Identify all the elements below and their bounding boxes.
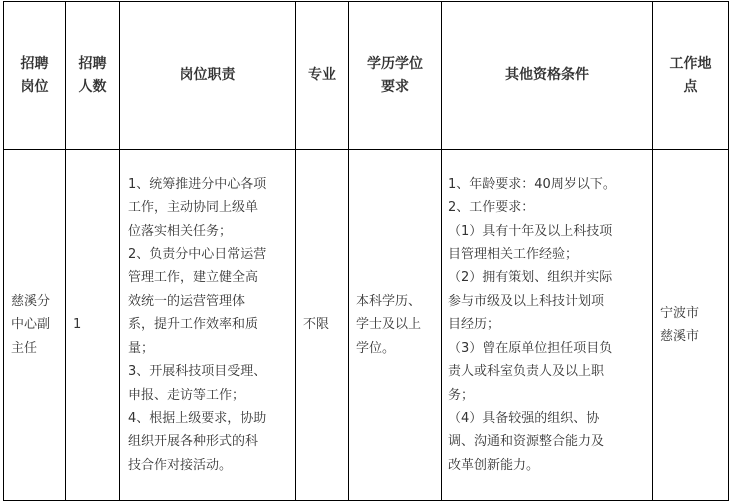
text-line: 人数 [66, 76, 119, 99]
count-value: 1 [73, 317, 81, 332]
header-location: 工作地点 [653, 2, 729, 150]
text-line: 改革创新能力。 [448, 454, 646, 477]
text-line: （3）曾在原单位担任项目负 [448, 337, 646, 360]
text-line: 管理工作，建立健全高 [128, 266, 287, 289]
text-line: 效统一的运营管理体 [128, 290, 287, 313]
text-line: （1）具有十年及以上科技项 [448, 220, 646, 243]
text-line: 2、工作要求： [448, 196, 646, 219]
text-line: 目管理相关工作经验； [448, 243, 646, 266]
header-duties: 岗位职责 [120, 2, 296, 150]
text-line: 量； [128, 337, 287, 360]
header-row: 招聘岗位 招聘人数 岗位职责 专业 学历学位要求 其他资格条件 工作地点 [4, 2, 729, 150]
table-row: 慈溪分中心副主任 1 1、统筹推进分中心各项工作，主动协同上级单位落实相关任务；… [4, 150, 729, 501]
text-line: （4）具备较强的组织、协 [448, 407, 646, 430]
text-line: 3、开展科技项目受理、 [128, 360, 287, 383]
text-line: 参与市级及以上科技计划项 [448, 290, 646, 313]
header-major: 专业 [296, 2, 349, 150]
text-line: 慈溪市 [660, 325, 728, 348]
cell-major: 不限 [296, 150, 349, 501]
text-line: 务； [448, 384, 646, 407]
text-line: 1、年龄要求：40周岁以下。 [448, 173, 646, 196]
text-line: 4、根据上级要求，协助 [128, 407, 287, 430]
cell-count: 1 [66, 150, 120, 501]
text-line: 岗位 [4, 76, 65, 99]
text-line: 位落实相关任务； [128, 220, 287, 243]
cell-other-requirements: 1、年龄要求：40周岁以下。2、工作要求：（1）具有十年及以上科技项目管理相关工… [442, 150, 653, 501]
text-line: 1、统筹推进分中心各项 [128, 173, 287, 196]
text-line: 组织开展各种形式的科 [128, 430, 287, 453]
cell-education: 本科学历、学士及以上学位。 [349, 150, 442, 501]
text-line: 中心副 [11, 313, 65, 336]
header-other-requirements: 其他资格条件 [442, 2, 653, 150]
text-line: 目经历； [448, 313, 646, 336]
text-line: 学历学位 [349, 53, 441, 76]
text-line: 工作地 [653, 53, 728, 76]
text-line: 招聘 [4, 53, 65, 76]
text-line: 责人或科室负责人及以上职 [448, 360, 646, 383]
text-line: 点 [653, 76, 728, 99]
text-line: 工作，主动协同上级单 [128, 196, 287, 219]
header-position: 招聘岗位 [4, 2, 66, 150]
text-line: 系，提升工作效率和质 [128, 313, 287, 336]
text-line: 岗位职责 [120, 64, 295, 87]
text-line: 主任 [11, 337, 65, 360]
text-line: 2、负责分中心日常运营 [128, 243, 287, 266]
text-line: 其他资格条件 [442, 64, 652, 87]
text-line: 本科学历、 [356, 290, 441, 313]
text-line: （2）拥有策划、组织并实际 [448, 266, 646, 289]
header-count: 招聘人数 [66, 2, 120, 150]
header-education: 学历学位要求 [349, 2, 442, 150]
recruitment-table: 招聘岗位 招聘人数 岗位职责 专业 学历学位要求 其他资格条件 工作地点 慈溪分… [3, 1, 729, 501]
cell-location: 宁波市慈溪市 [653, 150, 729, 501]
text-line: 宁波市 [660, 302, 728, 325]
text-line: 招聘 [66, 53, 119, 76]
text-line: 申报、走访等工作； [128, 384, 287, 407]
text-line: 学士及以上 [356, 313, 441, 336]
text-line: 技合作对接活动。 [128, 454, 287, 477]
cell-duties: 1、统筹推进分中心各项工作，主动协同上级单位落实相关任务；2、负责分中心日常运营… [120, 150, 296, 501]
major-value: 不限 [303, 317, 329, 332]
text-line: 专业 [296, 64, 348, 87]
text-line: 调、沟通和资源整合能力及 [448, 430, 646, 453]
text-line: 学位。 [356, 337, 441, 360]
cell-position: 慈溪分中心副主任 [4, 150, 66, 501]
text-line: 慈溪分 [11, 290, 65, 313]
text-line: 要求 [349, 76, 441, 99]
